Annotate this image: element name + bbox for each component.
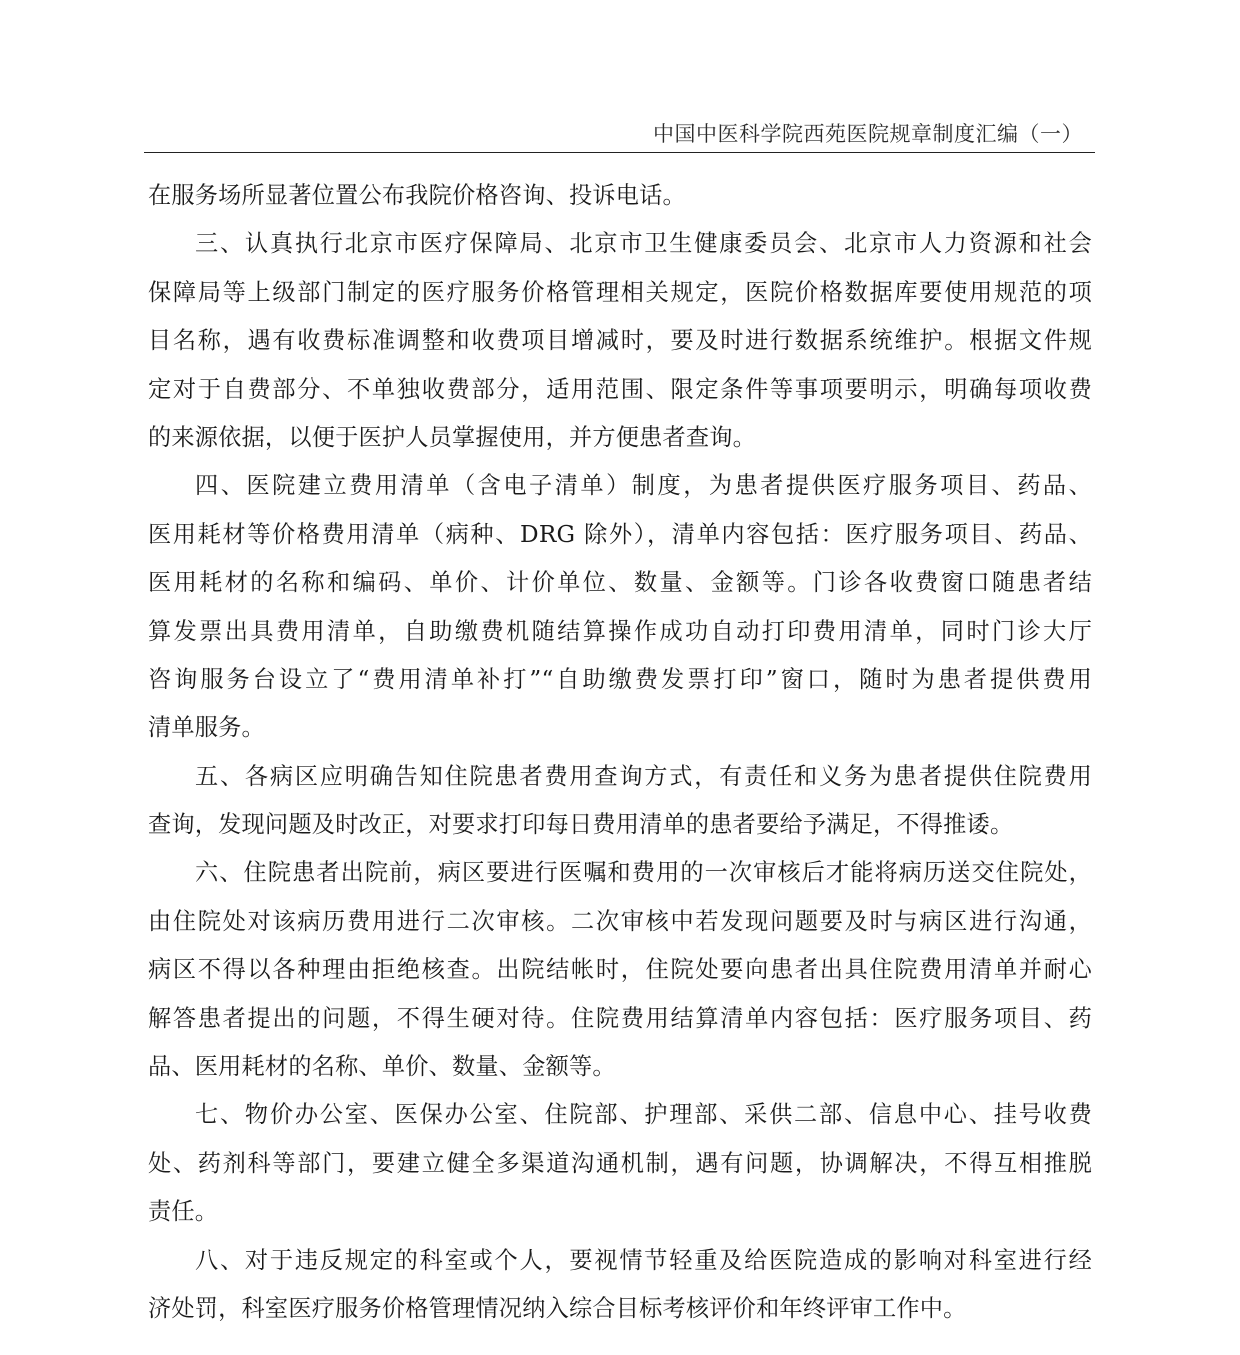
text-line: 清单服务。 <box>148 704 1092 752</box>
text-line: 医用耗材的名称和编码、单价、计价单位、数量、金额等。门诊各收费窗口随患者结 <box>148 559 1092 607</box>
text-line: 医用耗材等价格费用清单（病种、DRG 除外），清单内容包括：医疗服务项目、药品、 <box>148 511 1092 559</box>
text-line: 保障局等上级部门制定的医疗服务价格管理相关规定，医院价格数据库要使用规范的项 <box>148 269 1092 317</box>
text-line: 品、医用耗材的名称、单价、数量、金额等。 <box>148 1043 1092 1091</box>
text-line: 在服务场所显著位置公布我院价格咨询、投诉电话。 <box>148 172 1092 220</box>
text-line: 八、对于违反规定的科室或个人，要视情节轻重及给医院造成的影响对科室进行经 <box>148 1237 1092 1285</box>
document-title: 中国中医科学院西苑医院规章制度汇编（一） <box>653 118 1083 148</box>
text-line: 解答患者提出的问题，不得生硬对待。住院费用结算清单内容包括：医疗服务项目、药 <box>148 995 1092 1043</box>
text-line: 三、认真执行北京市医疗保障局、北京市卫生健康委员会、北京市人力资源和社会 <box>148 220 1092 268</box>
text-line: 目名称，遇有收费标准调整和收费项目增减时，要及时进行数据系统维护。根据文件规 <box>148 317 1092 365</box>
text-line: 处、药剂科等部门，要建立健全多渠道沟通机制，遇有问题，协调解决，不得互相推脱 <box>148 1140 1092 1188</box>
text-line: 由住院处对该病历费用进行二次审核。二次审核中若发现问题要及时与病区进行沟通， <box>148 898 1092 946</box>
document-body: 在服务场所显著位置公布我院价格咨询、投诉电话。 三、认真执行北京市医疗保障局、北… <box>148 172 1092 1333</box>
text-line: 的来源依据，以便于医护人员掌握使用，并方便患者查询。 <box>148 414 1092 462</box>
text-line: 定对于自费部分、不单独收费部分，适用范围、限定条件等事项要明示，明确每项收费 <box>148 366 1092 414</box>
text-line: 责任。 <box>148 1188 1092 1236</box>
text-line: 查询，发现问题及时改正，对要求打印每日费用清单的患者要给予满足，不得推诿。 <box>148 801 1092 849</box>
page-header: 中国中医科学院西苑医院规章制度汇编（一） <box>144 118 1095 153</box>
text-line: 六、住院患者出院前，病区要进行医嘱和费用的一次审核后才能将病历送交住院处， <box>148 849 1092 897</box>
text-line: 病区不得以各种理由拒绝核查。出院结帐时，住院处要向患者出具住院费用清单并耐心 <box>148 946 1092 994</box>
text-line: 算发票出具费用清单，自助缴费机随结算操作成功自动打印费用清单，同时门诊大厅 <box>148 608 1092 656</box>
text-line: 济处罚，科室医疗服务价格管理情况纳入综合目标考核评价和年终评审工作中。 <box>148 1285 1092 1333</box>
text-line: 咨询服务台设立了“费用清单补打”“自助缴费发票打印”窗口，随时为患者提供费用 <box>148 656 1092 704</box>
text-line: 五、各病区应明确告知住院患者费用查询方式，有责任和义务为患者提供住院费用 <box>148 753 1092 801</box>
text-line: 四、医院建立费用清单（含电子清单）制度，为患者提供医疗服务项目、药品、 <box>148 462 1092 510</box>
text-line: 七、物价办公室、医保办公室、住院部、护理部、采供二部、信息中心、挂号收费 <box>148 1091 1092 1139</box>
